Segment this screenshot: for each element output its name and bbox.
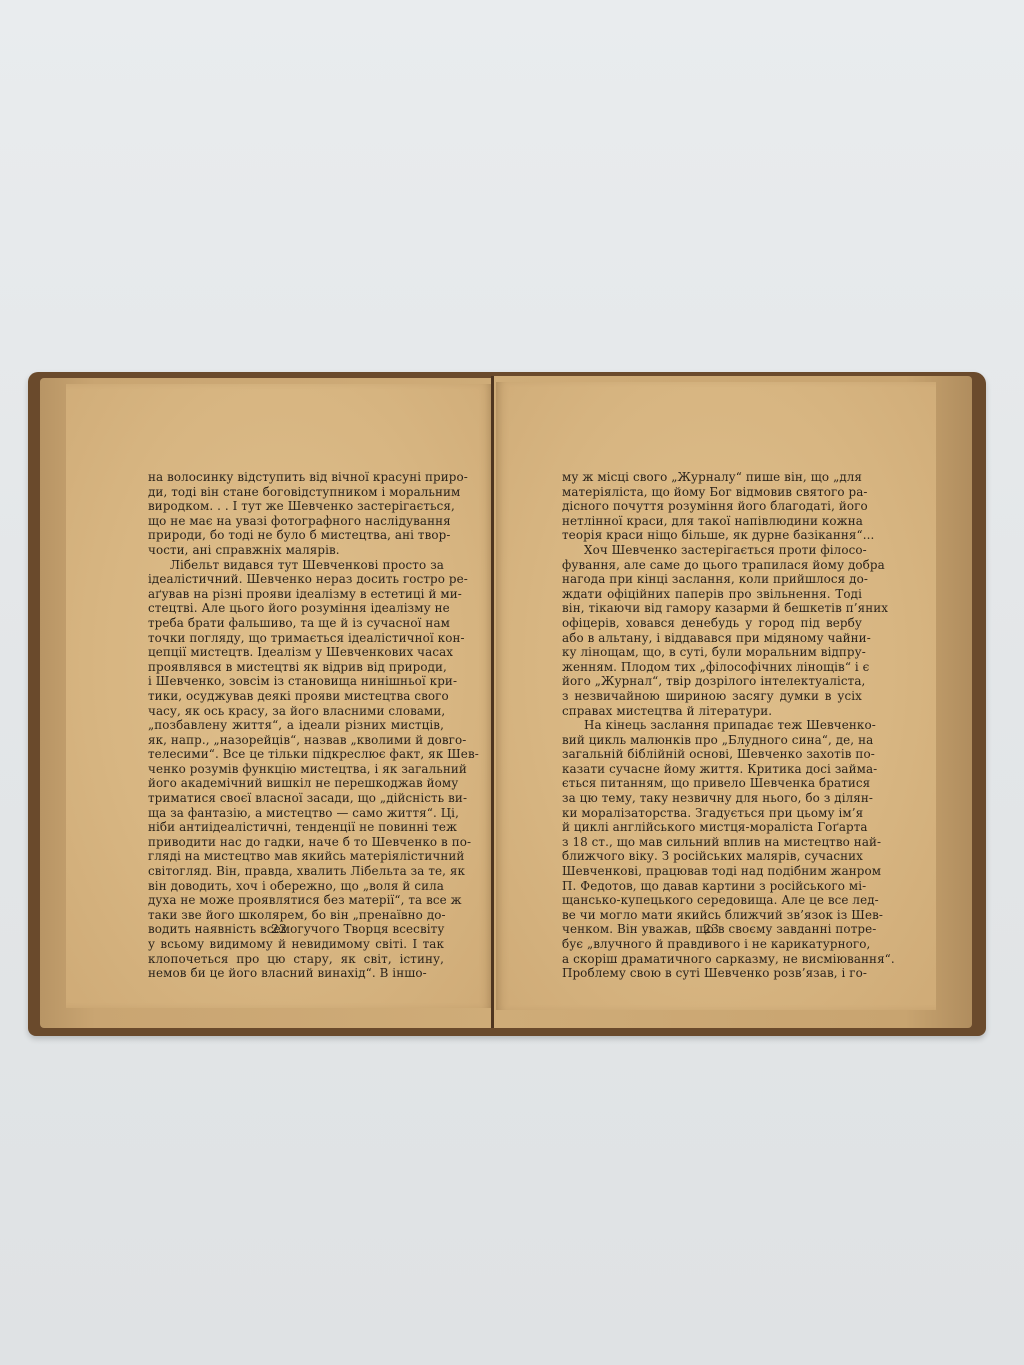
text-line: триматися своєї власної засади, що „дійс… <box>148 791 444 806</box>
text-line: клопочеться про цю стару, як світ, істин… <box>148 952 444 967</box>
text-line: що не має на увазі фотографного наслідув… <box>148 514 444 529</box>
text-line: теорія краси ніщо більше, як дурне базік… <box>562 528 862 543</box>
text-line: у всьому видимому й невидимому світі. І … <box>148 937 444 952</box>
page-number-left: 22 <box>271 921 287 936</box>
text-line: проявлявся в мистецтві як відрив від при… <box>148 660 444 675</box>
text-line: або в альтану, і віддавався при мідяному… <box>562 631 862 646</box>
text-line: Шевченкові, працював тоді над подібним ж… <box>562 864 862 879</box>
open-book: на волосинку відступить від вічної красу… <box>28 366 986 1046</box>
text-line: світогляд. Він, правда, хвалить Лібельта… <box>148 864 444 879</box>
text-line: як, напр., „назорейців“, назвав „кволими… <box>148 733 444 748</box>
text-line: духа не може проявлятися без матерії“, т… <box>148 893 444 908</box>
text-line: треба брати фальшиво, та ще й із сучасно… <box>148 616 444 631</box>
text-line: ближчого віку. З російських малярів, суч… <box>562 849 862 864</box>
text-line: му ж місці свого „Журналу“ пише він, що … <box>562 470 862 485</box>
text-line: на волосинку відступить від вічної красу… <box>148 470 444 485</box>
text-line: На кінець заслання припадає теж Шевченко… <box>562 718 862 733</box>
text-line: аґував на різні прояви ідеалізму в естет… <box>148 587 444 602</box>
text-line: і Шевченко, зовсім із становища нинішньо… <box>148 674 444 689</box>
text-line: „позбавлену життя“, а ідеали різних мист… <box>148 718 444 733</box>
text-line: точки погляду, що тримається ідеалістичн… <box>148 631 444 646</box>
text-line: виродком. . . І тут же Шевченко застеріг… <box>148 499 444 514</box>
text-line: ється питанням, що привело Шевченка брат… <box>562 776 862 791</box>
text-line: вий цикль малюнків про „Блудного сина“, … <box>562 733 862 748</box>
right-page-text: му ж місці свого „Журналу“ пише він, що … <box>562 470 862 981</box>
text-line: таки зве його школярем, бо він „пренаївн… <box>148 908 444 923</box>
text-line: бує „влучного й правдивого і не карикату… <box>562 937 862 952</box>
text-line: Проблему свою в суті Шевченко розв’язав,… <box>562 966 862 981</box>
text-line: ди, тоді він стане боговідступником і мо… <box>148 485 444 500</box>
text-line: природи, бо тоді не було б мистецтва, ан… <box>148 528 444 543</box>
text-line: водить наявність всемогучого Творця всес… <box>148 922 444 937</box>
text-line: справах мистецтва й літератури. <box>562 704 862 719</box>
text-line: Хоч Шевченко застерігається проти філосо… <box>562 543 862 558</box>
text-line: офіцерів, ховався денебудь у город під в… <box>562 616 862 631</box>
text-line: за цю тему, таку незвичну для нього, бо … <box>562 791 862 806</box>
text-line: ченко розумів функцію мистецтва, і як за… <box>148 762 444 777</box>
text-line: його „Журнал“, твір дозрілого інтелектуа… <box>562 674 862 689</box>
text-line: женням. Плодом тих „філософічних лінощів… <box>562 660 862 675</box>
text-line: його академічний вишкіл не перешкоджав й… <box>148 776 444 791</box>
text-line: Лібельт видався тут Шевченкові просто за <box>148 558 444 573</box>
text-line: загальній біблійній основі, Шевченко зах… <box>562 747 862 762</box>
text-line: цепції мистецтв. Ідеалізм у Шевченкових … <box>148 645 444 660</box>
text-line: ніби антиідеалістичні, тенденції не пови… <box>148 820 444 835</box>
text-line: приводити нас до гадки, наче б то Шевчен… <box>148 835 444 850</box>
text-line: ждати офіційних паперів про звільнення. … <box>562 587 862 602</box>
text-line: ща за фантазію, а мистецтво — само життя… <box>148 806 444 821</box>
text-line: тики, осуджував деякі прояви мистецтва с… <box>148 689 444 704</box>
text-line: з незвичайною шириною засягу думки в усі… <box>562 689 862 704</box>
text-line: щансько-купецького середовища. Але це вс… <box>562 893 862 908</box>
text-line: П. Федотов, що давав картини з російсько… <box>562 879 862 894</box>
text-line: часу, як ось красу, за його власними сло… <box>148 704 444 719</box>
text-line: ки моралізаторства. Згадується при цьому… <box>562 806 862 821</box>
text-line: ідеалістичний. Шевченко нераз досить гос… <box>148 572 444 587</box>
text-line: стецтві. Але цього його розуміння ідеалі… <box>148 601 444 616</box>
page-number-right: 23 <box>703 921 719 936</box>
text-line: нетлінної краси, для такої напівлюдини к… <box>562 514 862 529</box>
text-line: з 18 ст., що мав сильний вплив на мистец… <box>562 835 862 850</box>
text-line: чости, ані справжніх малярів. <box>148 543 444 558</box>
text-line: матеріяліста, що йому Бог відмовив свято… <box>562 485 862 500</box>
text-line: нагода при кінці заслання, коли прийшлос… <box>562 572 862 587</box>
left-page-text: на волосинку відступить від вічної красу… <box>148 470 444 981</box>
text-line: він доводить, хоч і обережно, що „воля й… <box>148 879 444 894</box>
text-line: й циклі англійського мистця-мораліста Го… <box>562 820 862 835</box>
text-line: немов би це його власний винахід“. В інш… <box>148 966 444 981</box>
text-line: він, тікаючи від гамору казарми й бешкет… <box>562 601 862 616</box>
text-line: дісного почуття розуміння його благодаті… <box>562 499 862 514</box>
text-line: фування, але саме до цього трапилася йом… <box>562 558 862 573</box>
text-line: а скоріш драматичного сарказму, не висмі… <box>562 952 862 967</box>
book-gutter <box>491 376 494 1028</box>
text-line: телесими“. Все це тільки підкреслює факт… <box>148 747 444 762</box>
text-line: казати сучасне йому життя. Критика досі … <box>562 762 862 777</box>
text-line: ку лінощам, що, в суті, були моральним в… <box>562 645 862 660</box>
text-line: гляді на мистецтво мав якийсь матеріяліс… <box>148 849 444 864</box>
